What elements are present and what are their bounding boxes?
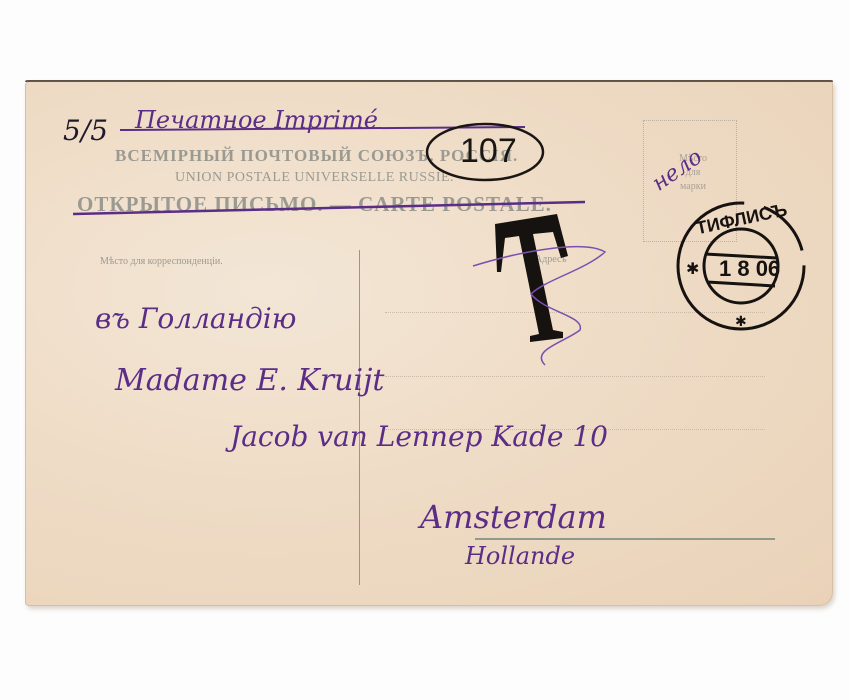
postmark-star-icon: ✱: [735, 315, 747, 330]
postmark-date: 1 8 06: [719, 256, 780, 281]
postmark-star-icon: ✱: [686, 261, 699, 278]
strike-line: [73, 202, 585, 214]
postmark-city: ТИФЛИСЪ: [694, 199, 789, 238]
oval-number: 107: [460, 132, 517, 171]
marks-overlay: 1 8 06 ТИФЛИСЪ ✱ ✱: [25, 80, 833, 606]
postmark: 1 8 06 ТИФЛИСЪ ✱ ✱: [678, 199, 804, 330]
strike-line: [120, 127, 525, 130]
postcard: ВСЕМІРНЫЙ ПОЧТОВЫЙ СОЮЗЪ. РОССІЯ. UNION …: [25, 80, 833, 606]
